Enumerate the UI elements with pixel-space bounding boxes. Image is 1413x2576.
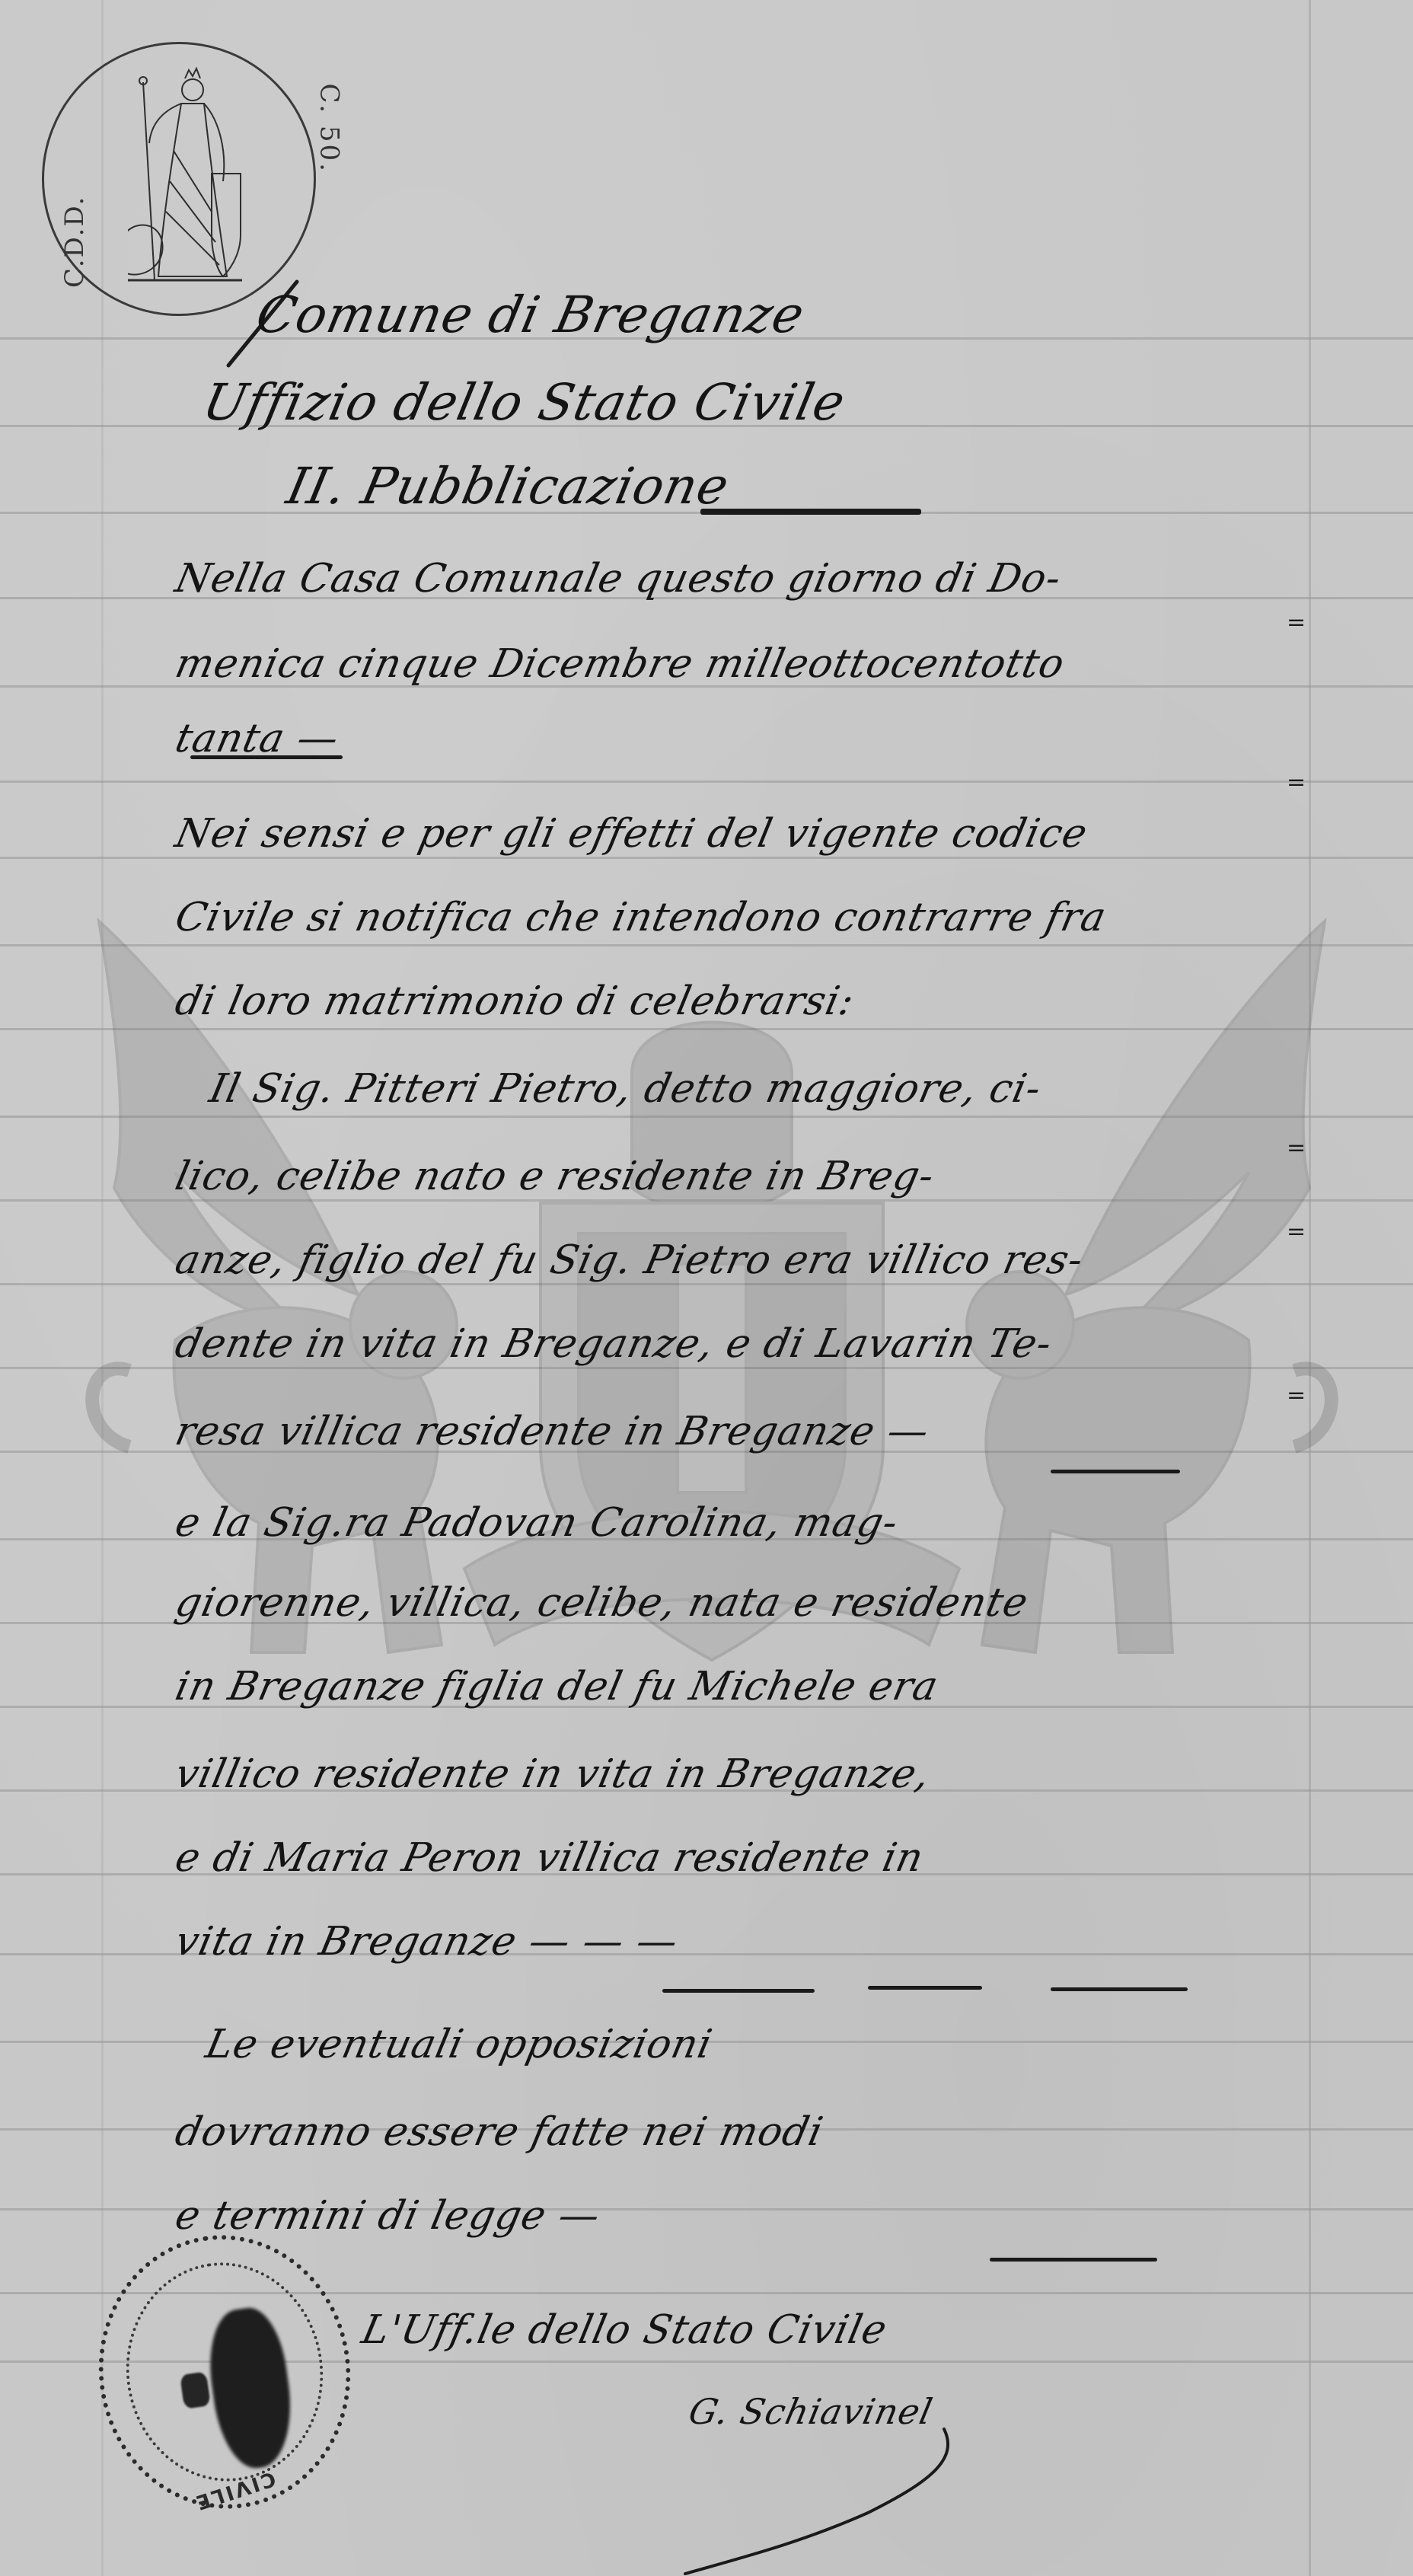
- handwritten-line: tanta —: [171, 716, 343, 761]
- margin-mark: =: [1287, 609, 1306, 636]
- header-uffizio: Uffizio dello Stato Civile: [198, 373, 850, 432]
- handwritten-line: villico residente in vita in Breganze,: [171, 1751, 934, 1797]
- header-underline: [700, 509, 921, 515]
- ruled-line: [0, 1116, 1413, 1118]
- ruled-line: [0, 857, 1413, 859]
- ruled-line: [0, 1283, 1413, 1285]
- handwritten-line: Nella Casa Comunale questo giorno di Do-: [171, 556, 1066, 602]
- handwritten-line: e di Maria Peron villica residente in: [171, 1835, 928, 1881]
- ruled-line: [0, 780, 1413, 783]
- tax-stamp-left-text: C.D.D.: [59, 196, 90, 288]
- handwritten-line: dovranno essere fatte nei modi: [171, 2109, 828, 2155]
- handwritten-line: Le eventuali opposizioni: [202, 2022, 716, 2067]
- ruled-line: [0, 1367, 1413, 1369]
- handwritten-line: Il Sig. Pitteri Pietro, detto maggiore, …: [206, 1066, 1045, 1112]
- line-filler-dash: [190, 755, 343, 759]
- handwritten-line: giorenne, villica, celibe, nata e reside…: [171, 1580, 1032, 1626]
- handwritten-line: Nei sensi e per gli effetti del vigente …: [171, 811, 1092, 857]
- handwritten-line: e termini di legge —: [171, 2193, 604, 2239]
- line-filler-dash: [1051, 1987, 1188, 1991]
- line-filler-dash: [662, 1989, 815, 1993]
- ruled-line: [0, 1199, 1413, 1202]
- handwritten-line: menica cinque Dicembre milleottocentotto: [171, 641, 1069, 687]
- signature-flourish: [670, 2399, 990, 2576]
- handwritten-line: Civile si notifica che intendono contrar…: [171, 895, 1111, 940]
- handwritten-line: anze, figlio del fu Sig. Pietro era vill…: [171, 1237, 1088, 1283]
- handwritten-line: resa villica residente in Breganze —: [171, 1409, 933, 1454]
- left-margin-line: [101, 0, 104, 2576]
- line-filler-dash: [990, 2258, 1157, 2262]
- handwritten-line: in Breganze figlia del fu Michele era: [171, 1664, 943, 1709]
- line-filler-dash: [1051, 1470, 1180, 1473]
- ruled-line: [0, 944, 1413, 946]
- handwritten-line: e la Sig.ra Padovan Carolina, mag-: [171, 1500, 902, 1546]
- allegorical-figure-italia-icon: [128, 59, 242, 288]
- header-pubblicazione: II. Pubblicazione: [282, 457, 735, 516]
- margin-mark: =: [1287, 1382, 1306, 1409]
- handwritten-line: di loro matrimonio di celebrarsi:: [171, 978, 859, 1024]
- margin-mark: =: [1287, 1218, 1306, 1245]
- tax-stamp-value: C. 50.: [314, 84, 344, 174]
- right-margin-line: [1309, 0, 1311, 2576]
- handwritten-line: vita in Breganze — — —: [171, 1919, 682, 1965]
- handwritten-line: dente in vita in Breganze, e di Lavarin …: [171, 1321, 1056, 1367]
- signature-title: L'Uff.le dello Stato Civile: [358, 2307, 891, 2353]
- margin-mark: =: [1287, 769, 1306, 796]
- header-comune: Comune di Breganze: [251, 286, 810, 344]
- handwritten-line: lico, celibe nato e residente in Breg-: [171, 1154, 939, 1199]
- margin-mark: =: [1287, 1135, 1306, 1161]
- line-filler-dash: [868, 1986, 982, 1990]
- ruled-line: [0, 1028, 1413, 1030]
